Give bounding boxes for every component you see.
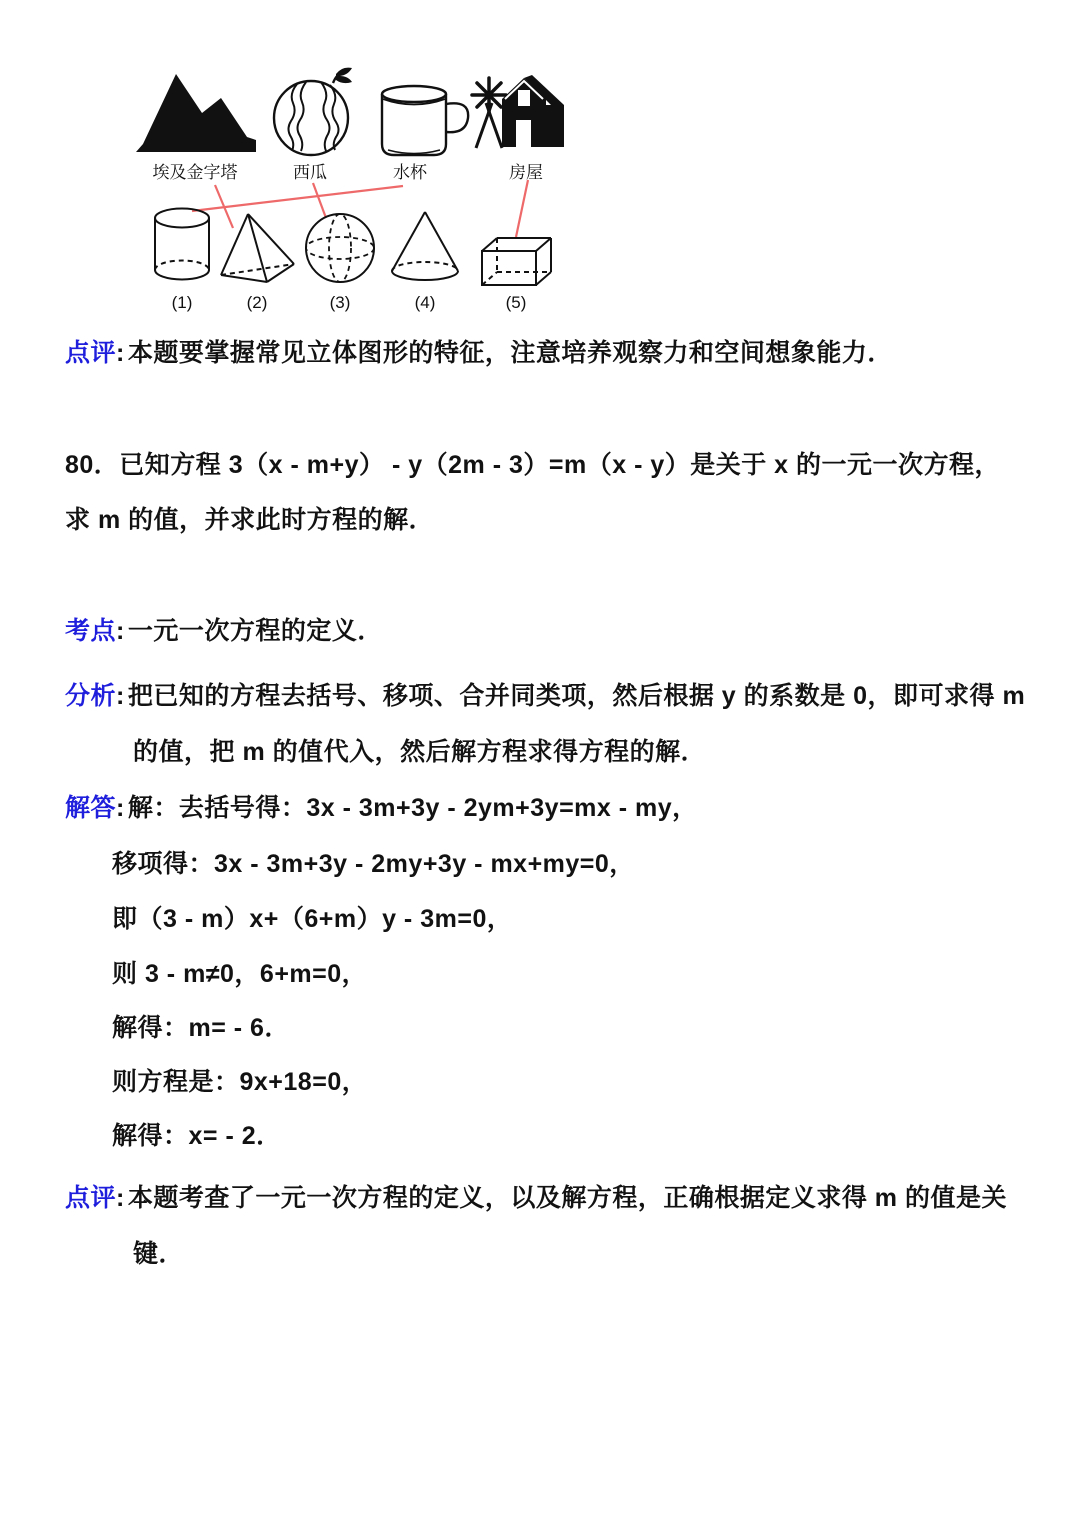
comment1-text: 本题要掌握常见立体图形的特征，注意培养观察力和空间想象能力．: [128, 339, 893, 367]
watermelon-icon: [274, 68, 352, 155]
cuboid-shape: [482, 238, 551, 285]
jieda-step2: 移项得：3x - 3m+3y - 2my+3y - mx+my=0，: [112, 849, 635, 879]
kaodian-text: 一元一次方程的定义．: [128, 617, 383, 645]
label-colon: :: [116, 794, 125, 822]
comment2-text1: 本题考查了一元一次方程的定义，以及解方程，正确根据定义求得 m 的值是关: [128, 1184, 1007, 1212]
label-colon: :: [116, 682, 125, 710]
pyramid-photo-icon: [136, 74, 256, 152]
jieda-label: 解答: [65, 794, 116, 822]
fenxi-label: 分析: [65, 682, 116, 710]
sphere-shape: [306, 214, 374, 282]
object-label-pyramid: 埃及金字塔: [153, 163, 238, 182]
matching-figure: 埃及金字塔 西瓜 水杯 房屋: [130, 58, 600, 320]
comment2-line2: 键．: [133, 1239, 184, 1269]
house-icon: [472, 75, 564, 148]
cone-shape: [392, 212, 458, 280]
shape-number-1: (1): [172, 293, 193, 312]
jieda-step5: 解得：m= - 6．: [112, 1013, 290, 1043]
worksheet-page: { "palette": { "background": "#ffffff", …: [0, 0, 1080, 1527]
shape-number-4: (4): [415, 293, 436, 312]
object-label-watermelon: 西瓜: [293, 163, 327, 182]
matching-figure-svg: 埃及金字塔 西瓜 水杯 房屋: [130, 58, 600, 320]
comment1-line: 点评:本题要掌握常见立体图形的特征，注意培养观察力和空间想象能力．: [65, 338, 893, 368]
object-label-cup: 水杯: [393, 163, 428, 182]
jieda-step1: 解：去括号得：3x - 3m+3y - 2ym+3y=mx - my，: [128, 794, 698, 822]
fenxi-text1: 把已知的方程去括号、移项、合并同类项，然后根据 y 的系数是 0，即可求得 m: [128, 682, 1025, 710]
shape-number-3: (3): [330, 293, 351, 312]
shape-number-2: (2): [247, 293, 268, 312]
match-line-house-cuboid: [516, 180, 528, 237]
fenxi-line1: 分析:把已知的方程去括号、移项、合并同类项，然后根据 y 的系数是 0，即可求得…: [65, 681, 1025, 711]
jieda-step4: 则 3 - m≠0，6+m=0，: [112, 959, 367, 989]
problem-80-line2: 求 m 的值，并求此时方程的解．: [65, 505, 434, 535]
problem-80-line1: 80．已知方程 3（x - m+y） - y（2m - 3）=m（x - y）是…: [65, 450, 1000, 480]
comment2-line1: 点评:本题考查了一元一次方程的定义，以及解方程，正确根据定义求得 m 的值是关: [65, 1183, 1007, 1213]
kaodian-line: 考点:一元一次方程的定义．: [65, 616, 383, 646]
shape-number-5: (5): [506, 293, 527, 312]
jieda-step6: 则方程是：9x+18=0，: [112, 1067, 367, 1097]
label-colon: :: [116, 617, 125, 645]
jieda-step7: 解得：x= - 2．: [112, 1121, 282, 1151]
kaodian-label: 考点: [65, 617, 116, 645]
label-colon: :: [116, 339, 125, 367]
object-label-house: 房屋: [509, 163, 543, 182]
jieda-step3: 即（3 - m）x+（6+m）y - 3m=0，: [112, 904, 512, 934]
jieda-line1: 解答:解：去括号得：3x - 3m+3y - 2ym+3y=mx - my，: [65, 793, 698, 823]
comment1-label: 点评: [65, 339, 116, 367]
comment2-label: 点评: [65, 1184, 116, 1212]
fenxi-line2: 的值，把 m 的值代入，然后解方程求得方程的解．: [133, 737, 706, 767]
cylinder-shape: [155, 209, 209, 280]
match-line-watermelon-sphere: [313, 183, 326, 218]
cup-icon: [382, 86, 468, 155]
label-colon: :: [116, 1184, 125, 1212]
